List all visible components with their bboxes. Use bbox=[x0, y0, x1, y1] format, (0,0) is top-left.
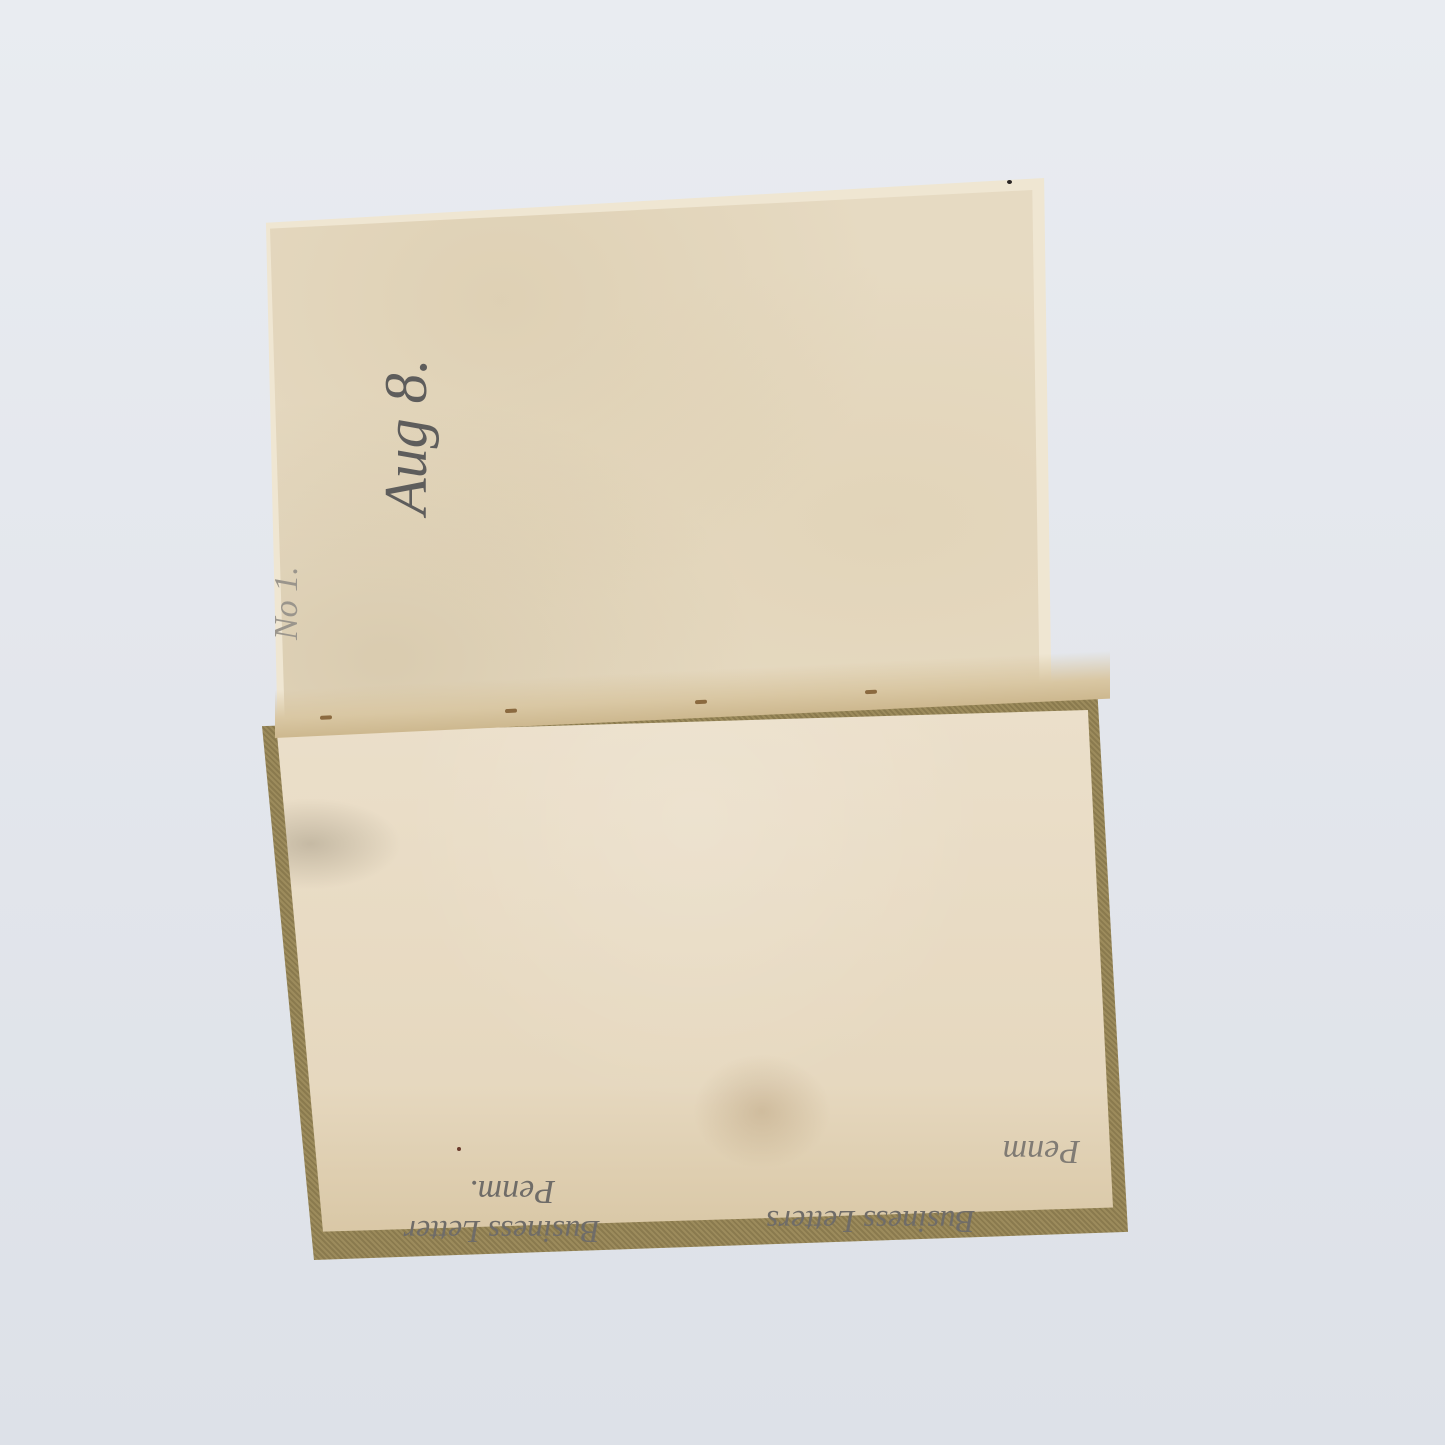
inscription-business-letter: Business Letter bbox=[404, 1213, 600, 1250]
inscription-penm: Penm bbox=[1003, 1132, 1080, 1170]
inscription-business-letters: Business Letters bbox=[766, 1203, 975, 1240]
inscription-penm-short: Penm. bbox=[469, 1172, 555, 1210]
pastedown-page bbox=[277, 710, 1113, 1245]
binding-stitch bbox=[320, 715, 332, 720]
ink-spot bbox=[457, 1147, 461, 1151]
inscription-number: No 1. bbox=[268, 566, 306, 640]
binding-stitch bbox=[505, 709, 517, 714]
inscription-date: Aug 8. bbox=[372, 358, 441, 515]
binding-stitch bbox=[695, 700, 707, 705]
binding-stitch bbox=[865, 690, 877, 695]
ink-spot bbox=[1007, 180, 1012, 184]
photo-scene: Aug 8. No 1. Business Letter Business Le… bbox=[0, 0, 1445, 1445]
